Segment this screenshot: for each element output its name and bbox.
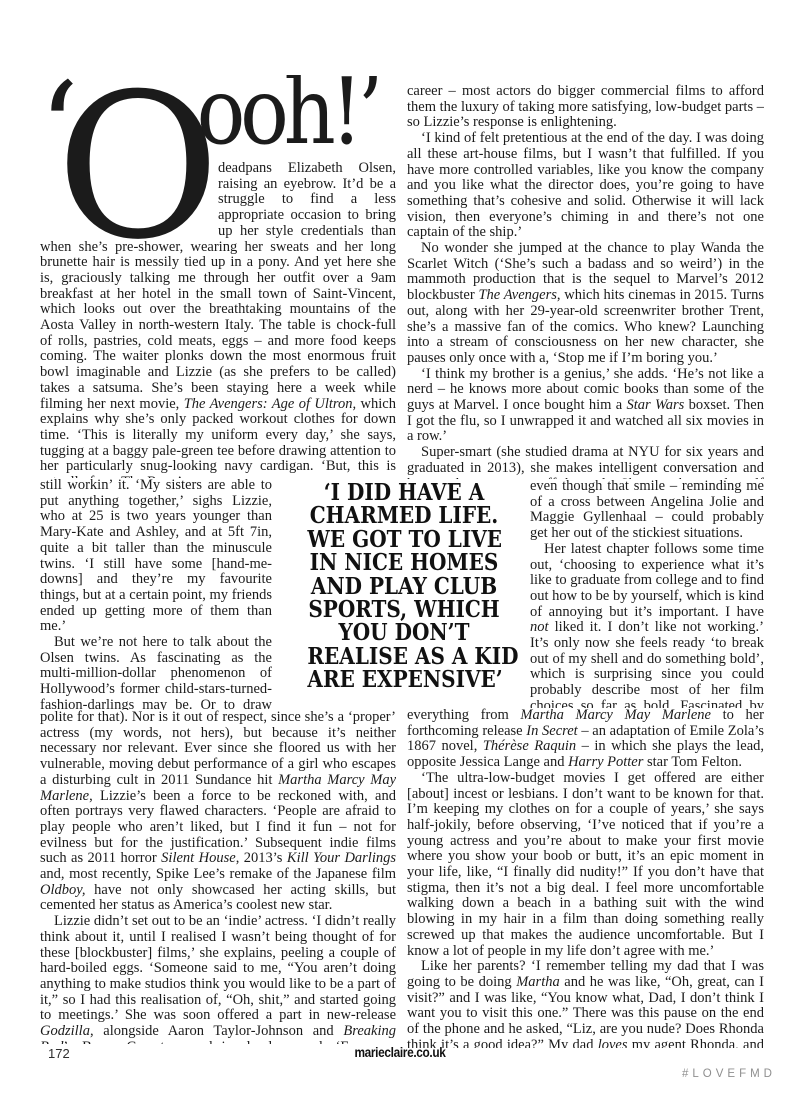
text-segment: star Tom Felton. [643,754,742,770]
text-segment: Thérèse Raquin [483,738,576,754]
pull-quote-line: ‘I DID HAVE A [307,481,500,504]
magazine-page: ‘ O ooh!’ deadpans Elizabeth Olsen, rais… [0,0,800,1098]
watermark: #LOVEFMD [682,1068,776,1080]
headline-rest: ooh!’ [40,75,353,161]
text-segment: Godzilla [40,1023,90,1039]
text-segment: Lizzie didn’t set out to be an ‘indie’ a… [40,913,396,1023]
paragraph: still workin’ it. ‘My sisters are able t… [40,478,272,635]
paragraph: even though that smile – reminding me of… [530,479,764,542]
text-segment: liked it. I don’t like not working.’ It’… [530,619,764,708]
text-segment: ‘The ultra-low-budget movies I get offer… [407,770,764,959]
text-segment: not [530,619,549,635]
pull-quote-line: CHARMED LIFE. [307,504,500,527]
text-segment: have not only showcased her acting skill… [40,882,396,914]
pull-quote-line: IN NICE HOMES [307,551,500,574]
left-column-upper: ‘ O ooh!’ deadpans Elizabeth Olsen, rais… [40,75,396,478]
text-segment: everything from [407,708,520,723]
left-column-lower: polite for that). Nor is it out of respe… [40,710,396,1044]
text-segment: Martha Marcy May Marlene [520,708,711,723]
pull-quote-line: AND PLAY CLUB [307,575,500,598]
paragraph: ‘I kind of felt pretentious at the end o… [407,131,764,241]
pull-quote-line: SPORTS, WHICH [307,598,500,621]
text-segment: Her latest chapter follows some time out… [530,541,764,620]
text-segment: and, most recently, Spike Lee’s remake o… [40,866,396,882]
paragraph: polite for that). Nor is it out of respe… [40,710,396,914]
text-segment: , 2013’s [236,850,287,866]
paragraph: Like her parents? ‘I remember telling my… [407,959,764,1048]
pull-quote-line: ARE EXPENSIVE’ [307,668,500,691]
left-column-wrap: still workin’ it. ‘My sisters are able t… [40,478,272,710]
paragraph: Her latest chapter follows some time out… [530,542,764,708]
text-segment: ’s Bryan Cranston, and is clearly proud:… [40,1039,396,1044]
text-segment: Martha [516,974,560,990]
right-column-lower: everything from Martha Marcy May Marlene… [407,708,764,1048]
paragraph: But we’re not here to talk about the Ols… [40,635,272,710]
paragraph: everything from Martha Marcy May Marlene… [407,708,764,771]
text-segment: Oldboy, [40,882,86,898]
pull-quote-line: YOU DON’T [307,621,500,644]
text-segment: The Avengers: Age of Ultron, [184,396,356,412]
text-segment: Super-smart (she studied drama at NYU fo… [407,444,764,479]
text-segment: Harry Potter [568,754,643,770]
right-column-wrap: even though that smile – reminding me of… [530,479,764,708]
paragraph: Super-smart (she studied drama at NYU fo… [407,445,764,479]
site-footer: marieclaire.co.uk [48,1045,752,1060]
text-segment: ‘I kind of felt pretentious at the end o… [407,130,764,240]
pull-quote: ‘I DID HAVE ACHARMED LIFE.WE GOT TO LIVE… [307,481,500,692]
text-segment: Kill Your Darlings [287,850,396,866]
text-segment: even though that smile – reminding me of… [530,479,764,541]
text-segment: But we’re not here to talk about the Ols… [40,634,272,710]
text-segment: The Avengers [478,287,556,303]
paragraph: No wonder she jumped at the chance to pl… [407,241,764,367]
text-segment: Silent House [161,850,236,866]
text-segment: career – most actors do bigger commercia… [407,84,764,130]
pull-quote-line: REALISE AS A KID [307,645,500,668]
text-segment: Star Wars [627,397,685,413]
paragraph: ‘The ultra-low-budget movies I get offer… [407,771,764,959]
text-segment: In Secret [526,723,577,739]
paragraph: Lizzie didn’t set out to be an ‘indie’ a… [40,914,396,1044]
text-segment: still workin’ it. ‘My sisters are able t… [40,478,272,634]
pull-quote-line: WE GOT TO LIVE [307,528,500,551]
right-column-upper: career – most actors do bigger commercia… [407,84,764,479]
paragraph: career – most actors do bigger commercia… [407,84,764,131]
paragraph: ‘I think my brother is a genius,’ she ad… [407,367,764,446]
text-segment: , alongside Aaron Taylor-Johnson and [90,1023,343,1039]
